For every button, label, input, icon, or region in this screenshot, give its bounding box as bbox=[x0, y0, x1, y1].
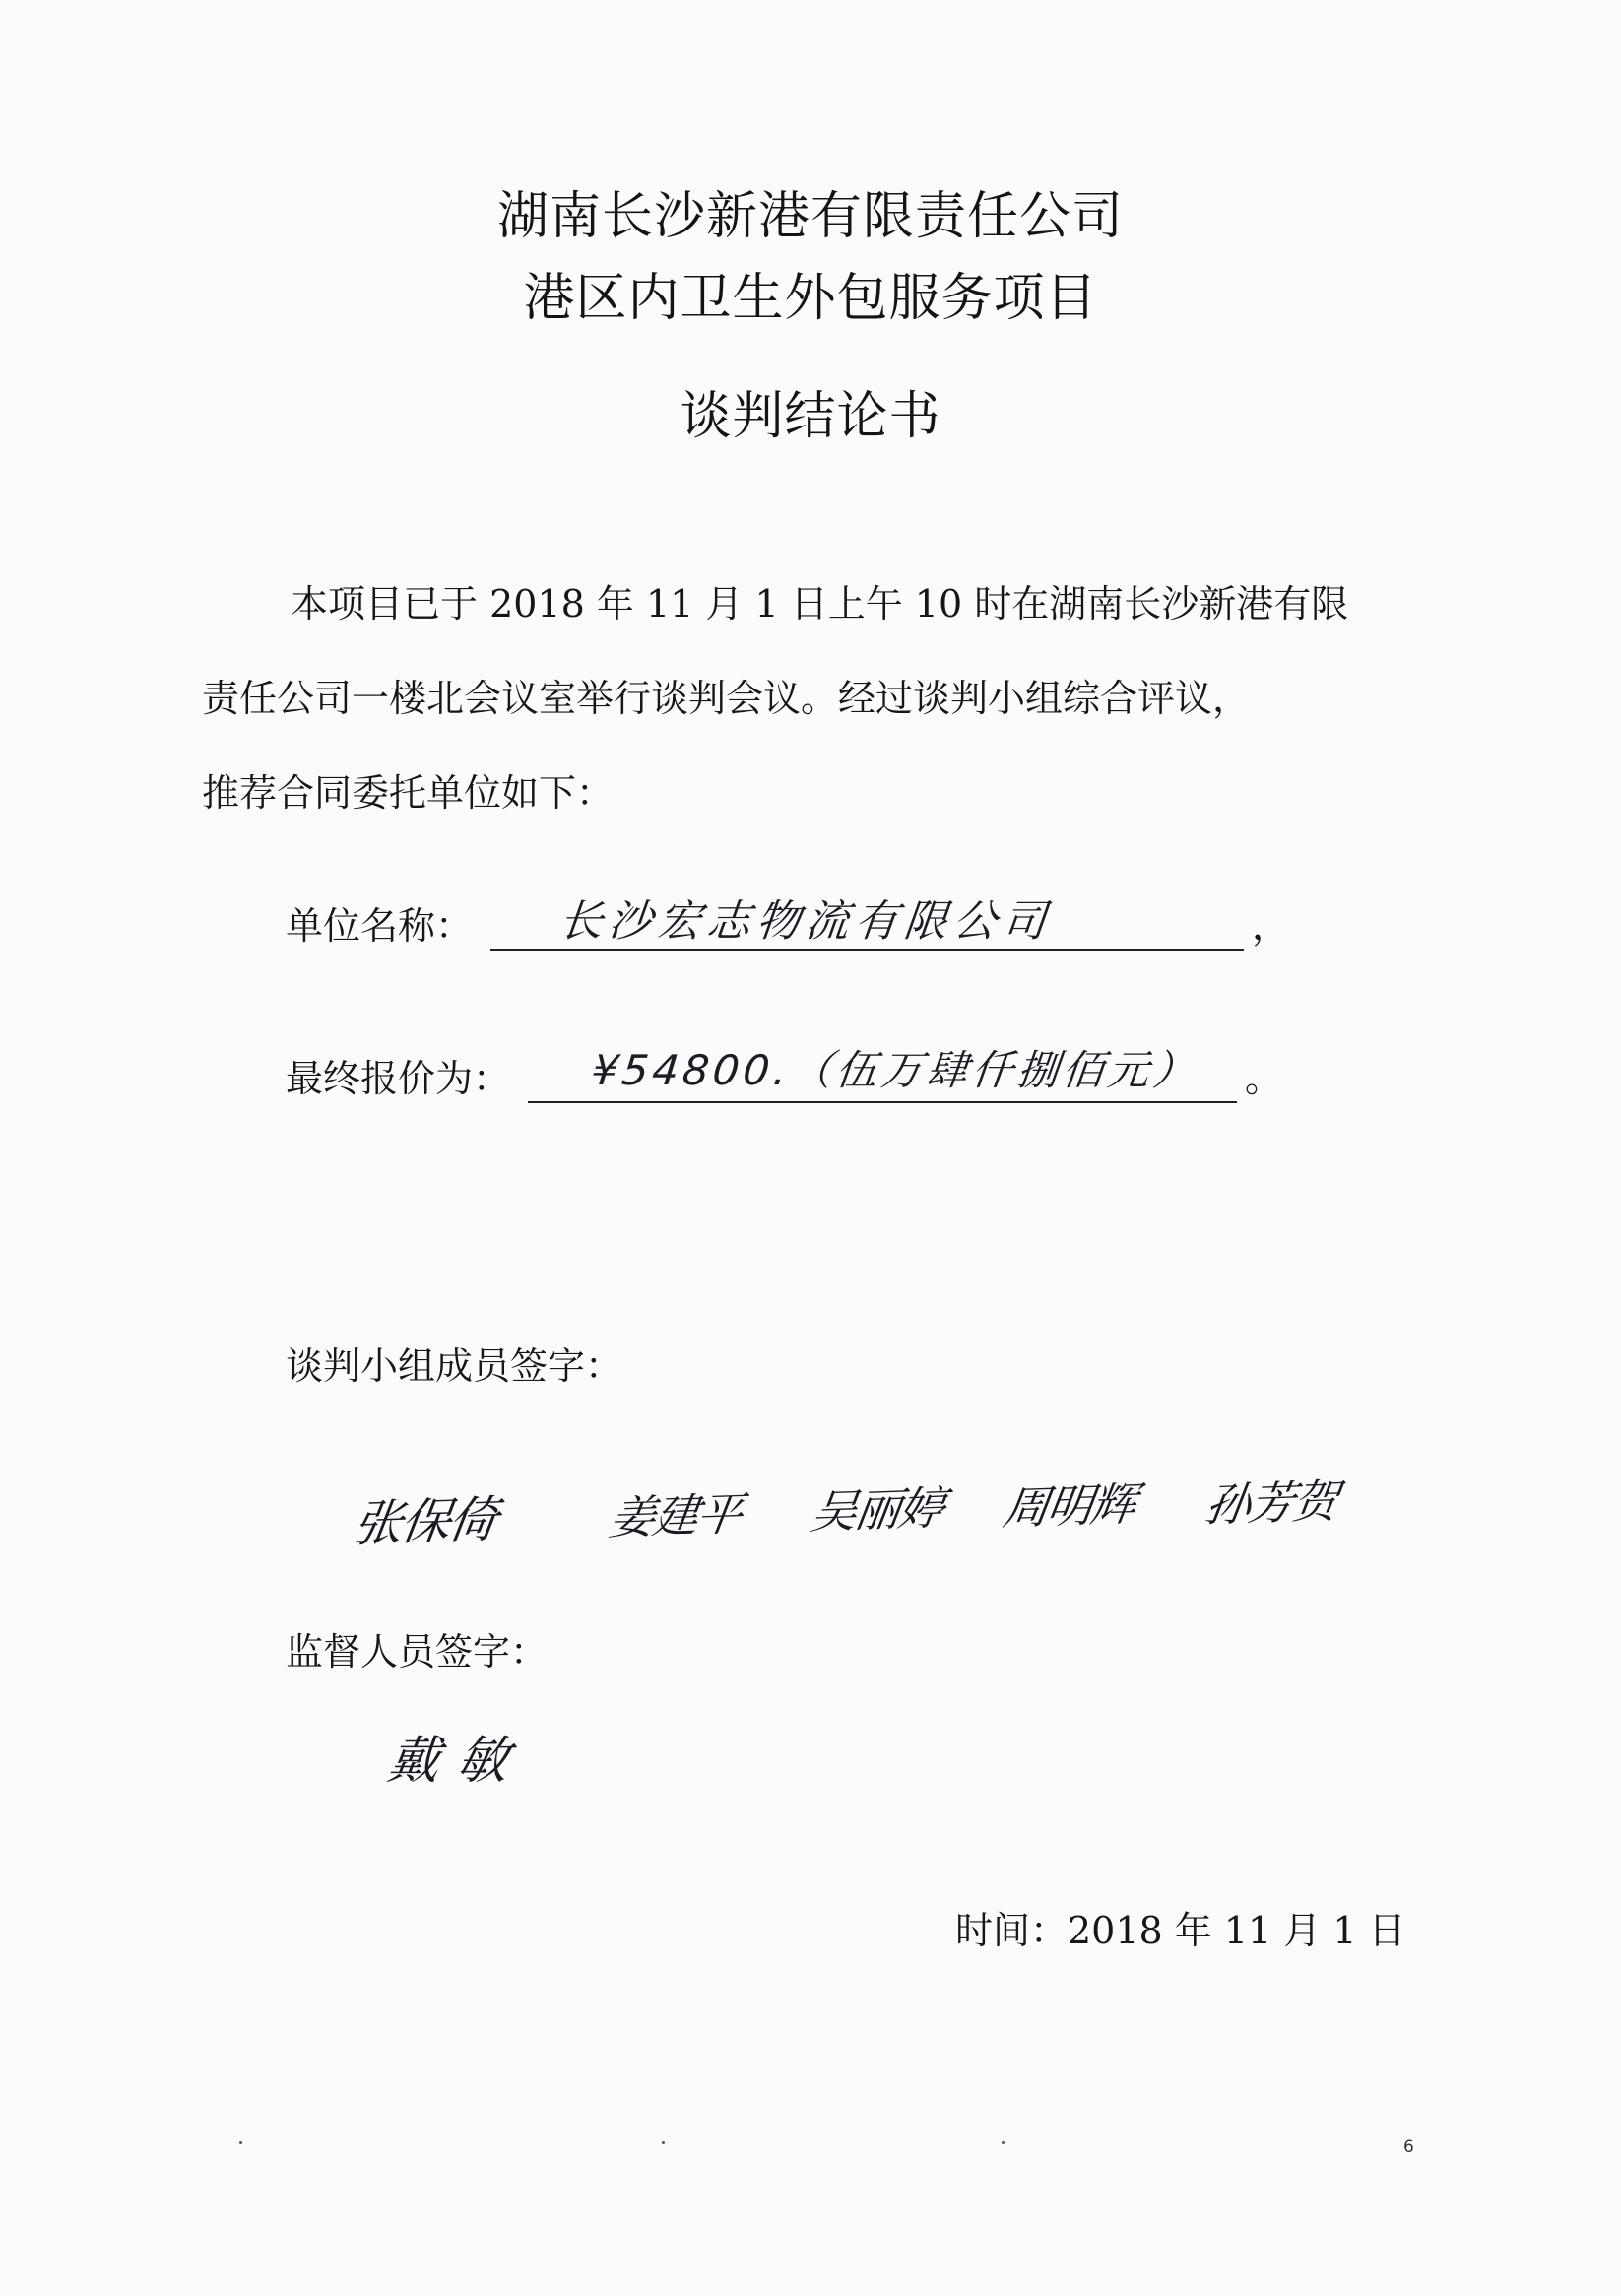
document-date: 时间：2018 年 11 月 1 日 bbox=[955, 1906, 1406, 1955]
team-member-signature: 周明辉 bbox=[1000, 1469, 1139, 1539]
team-member-signature: 姜建平 bbox=[606, 1478, 746, 1548]
team-member-signature: 孙芳贺 bbox=[1201, 1466, 1341, 1536]
team-signatures: 张保倚 姜建平 吴丽婷 周明辉 孙芳贺 bbox=[315, 1463, 1379, 1571]
final-price-handwritten-value: ¥54800.（伍万肆仟捌佰元） bbox=[589, 1046, 1200, 1095]
document-title: 谈判结论书 bbox=[0, 382, 1621, 451]
company-title: 湖南长沙新港有限责任公司 bbox=[0, 182, 1621, 251]
supervisor-signature-label: 监督人员签字： bbox=[286, 1627, 548, 1676]
unit-name-trailing-punct: ， bbox=[1252, 901, 1289, 951]
team-signature-label: 谈判小组成员签字： bbox=[286, 1342, 622, 1391]
supervisor-signature: 戴敏 bbox=[384, 1719, 533, 1793]
document-page: 湖南长沙新港有限责任公司 港区内卫生外包服务项目 谈判结论书 本项目已于 201… bbox=[0, 0, 1621, 2296]
team-member-signature: 吴丽婷 bbox=[808, 1473, 947, 1542]
unit-name-underline: 长沙宏志物流有限公司 bbox=[490, 891, 1244, 951]
unit-name-field: 单位名称：长沙宏志物流有限公司， bbox=[286, 891, 1289, 951]
final-price-underline: ¥54800.（伍万肆仟捌佰元） bbox=[528, 1044, 1237, 1103]
unit-name-label: 单位名称： bbox=[286, 901, 473, 951]
paragraph-line: 责任公司一楼北会议室举行谈判会议。经过谈判小组综合评议， bbox=[202, 651, 1443, 746]
page-number: 6 bbox=[1403, 2137, 1414, 2157]
project-title: 港区内卫生外包服务项目 bbox=[0, 264, 1621, 333]
final-price-trailing-punct: 。 bbox=[1245, 1054, 1282, 1103]
final-price-field: 最终报价为：¥54800.（伍万肆仟捌佰元）。 bbox=[286, 1044, 1282, 1103]
team-member-signature: 张保倚 bbox=[350, 1480, 502, 1556]
unit-name-handwritten-value: 长沙宏志物流有限公司 bbox=[556, 897, 1054, 947]
final-price-label: 最终报价为： bbox=[286, 1054, 510, 1103]
paragraph-line: 推荐合同委托单位如下： bbox=[202, 746, 1443, 840]
scan-artifact-dot bbox=[662, 2141, 665, 2144]
scan-artifact-dot bbox=[1002, 2141, 1005, 2144]
paragraph-line: 本项目已于 2018 年 11 月 1 日上午 10 时在湖南长沙新港有限 bbox=[202, 557, 1443, 651]
scan-artifact-dot bbox=[239, 2141, 242, 2144]
body-paragraph: 本项目已于 2018 年 11 月 1 日上午 10 时在湖南长沙新港有限 责任… bbox=[202, 557, 1443, 840]
